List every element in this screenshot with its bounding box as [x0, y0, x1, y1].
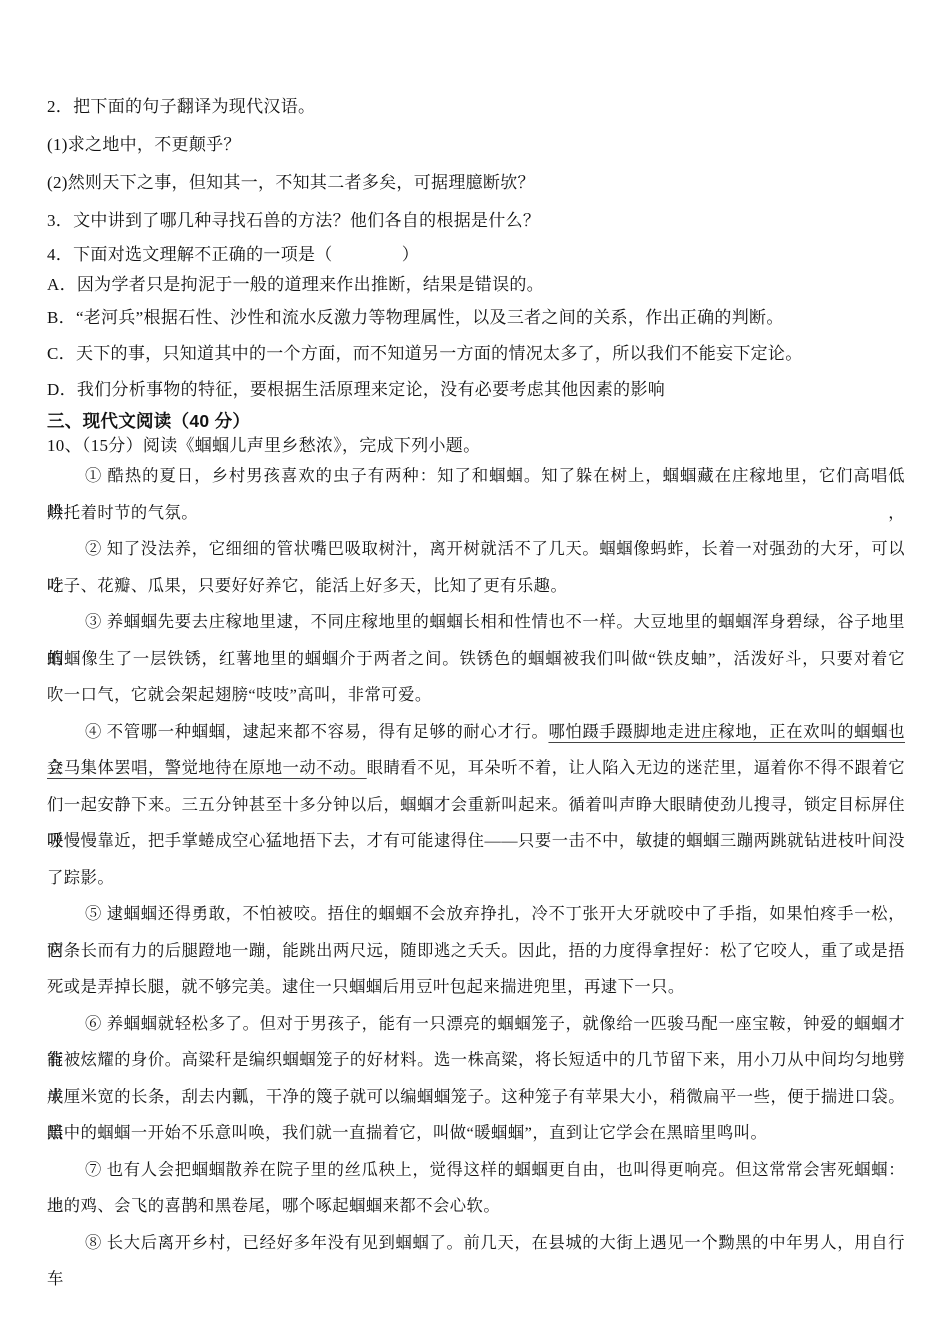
choice-line: C．天下的事，只知道其中的一个方面，而不知道另一方面的情况太多了，所以我们不能妄…	[47, 336, 905, 372]
essay-text: 蝈蝈像生了一层铁锈，红薯地里的蝈蝈介于两者之间。铁锈色的蝈蝈被我们叫做“铁皮蚰”…	[47, 649, 905, 668]
choice-line: B．“老河兵”根据石性、沙性和流水反激力等物理属性，以及三者之间的关系，作出正确…	[47, 300, 905, 336]
essay-text: 叶子、花瓣、瓜果，只要好好养它，能活上好多天，比知了更有乐趣。	[47, 576, 567, 595]
essay-text: 吹一口气，它就会架起翅膀“吱吱”高叫，非常可爱。	[47, 685, 432, 704]
essay-text: 死或是弄掉长腿，就不够完美。逮住一只蝈蝈后用豆叶包起来揣进兜里，再逮下一只。	[47, 977, 685, 996]
essay-text: 烘托着时节的气氛。	[47, 503, 198, 522]
essay-line: ⑤ 逮蝈蝈还得勇敢，不怕被咬。捂住的蝈蝈不会放弃挣扎，冷不丁张开大牙就咬中了手指…	[47, 896, 905, 933]
essay-text: ⑧ 长大后离开乡村，已经好多年没有见到蝈蝈了。前几天，在县城的大街上遇见一个黝黑…	[47, 1233, 905, 1289]
essay-text: 眼睛看不见，耳朵听不着，让人陷入无边的迷茫里，逼着你不得不跟着它	[367, 758, 905, 777]
essay-line: 半厘米宽的长条，刮去内瓤，干净的篾子就可以编蝈蝈笼子。这种笼子有苹果大小，稍微扁…	[47, 1079, 905, 1116]
essay-text: 两条长而有力的后腿蹬地一蹦，能跳出两尺远，随即逃之夭夭。因此，捂的力度得拿捏好：…	[47, 941, 905, 960]
question-line: 2．把下面的句子翻译为现代汉语。	[47, 88, 905, 126]
question-line: (1)求之地中，不更颠乎？	[47, 126, 905, 164]
essay-line: 吹一口气，它就会架起翅膀“吱吱”高叫，非常可爱。	[47, 677, 905, 714]
essay-text: 吸慢慢靠近，把手掌蜷成空心猛地捂下去，才有可能逮得住——只要一击不中，敏捷的蝈蝈…	[47, 831, 905, 850]
essay-line: 死或是弄掉长腿，就不够完美。逮住一只蝈蝈后用豆叶包起来揣进兜里，再逮下一只。	[47, 969, 905, 1006]
choice-line: 4．下面对选文理解不正确的一项是（ ）	[47, 240, 905, 270]
question-10-intro: 10、（15分）阅读《蝈蝈儿声里乡愁浓》，完成下列小题。	[47, 434, 905, 458]
section-heading: 三、现代文阅读（40 分）	[47, 408, 905, 434]
essay-line: ④ 不管哪一种蝈蝈，逮起来都不容易，得有足够的耐心才行。哪怕蹑手蹑脚地走进庄稼地…	[47, 714, 905, 751]
essay-line: ① 酷热的夏日，乡村男孩喜欢的虫子有两种：知了和蝈蝈。知了躲在树上，蝈蝈藏在庄稼…	[47, 458, 905, 495]
essay-line: ⑦ 也有人会把蝈蝈散养在院子里的丝瓜秧上，觉得这样的蝈蝈更自由，也叫得更响亮。但…	[47, 1152, 905, 1189]
essay-line: 上的鸡、会飞的喜鹊和黑卷尾，哪个啄起蝈蝈来都不会心软。	[47, 1188, 905, 1225]
choice-line: D．我们分析事物的特征，要根据生活原理来定论，没有必要考虑其他因素的影响	[47, 372, 905, 408]
essay-line: 蝈蝈像生了一层铁锈，红薯地里的蝈蝈介于两者之间。铁锈色的蝈蝈被我们叫做“铁皮蚰”…	[47, 641, 905, 678]
essay-line: ③ 养蝈蝈先要去庄稼地里逮，不同庄稼地里的蝈蝈长相和性情也不一样。大豆地里的蝈蝈…	[47, 604, 905, 641]
essay-text: 了踪影。	[47, 868, 114, 887]
essay-line: 吸慢慢靠近，把手掌蜷成空心猛地捂下去，才有可能逮得住——只要一击不中，敏捷的蝈蝈…	[47, 823, 905, 860]
question-line: 3．文中讲到了哪几种寻找石兽的方法？他们各自的根据是什么？	[47, 202, 905, 240]
exam-document-page: 2．把下面的句子翻译为现代汉语。(1)求之地中，不更颠乎？(2)然则天下之事，但…	[0, 0, 950, 1344]
multiple-choice-block: 4．下面对选文理解不正确的一项是（ ）A．因为学者只是拘泥于一般的道理来作出推断…	[47, 240, 905, 408]
essay-line: ⑥ 养蝈蝈就轻松多了。但对于男孩子，能有一只漂亮的蝈蝈笼子，就像给一匹骏马配一座…	[47, 1006, 905, 1043]
question-line: (2)然则天下之事，但知其一，不知其二者多矣，可据理臆断欤？	[47, 164, 905, 202]
essay-text: 上的鸡、会飞的喜鹊和黑卷尾，哪个啄起蝈蝈来都不会心软。	[47, 1196, 500, 1215]
underlined-sentence: 立马集体罢唱，警觉地待在原地一动不动。	[47, 758, 367, 777]
essay-line: 了踪影。	[47, 860, 905, 897]
essay-body: ① 酷热的夏日，乡村男孩喜欢的虫子有两种：知了和蝈蝈。知了躲在树上，蝈蝈藏在庄稼…	[47, 458, 905, 1261]
essay-text: 暗中的蝈蝈一开始不乐意叫唤，我们就一直揣着它，叫做“暖蝈蝈”，直到让它学会在黑暗…	[47, 1123, 767, 1142]
essay-line: 有被炫耀的身价。高粱秆是编织蝈蝈笼子的好材料。选一株高粱，将长短适中的几节留下来…	[47, 1042, 905, 1079]
essay-line: ② 知了没法养，它细细的管状嘴巴吸取树汁，离开树就活不了几天。蝈蝈像蚂蚱，长着一…	[47, 531, 905, 568]
essay-line: 们一起安静下来。三五分钟甚至十多分钟以后，蝈蝈才会重新叫起来。循着叫声睁大眼睛使…	[47, 787, 905, 824]
essay-line: 暗中的蝈蝈一开始不乐意叫唤，我们就一直揣着它，叫做“暖蝈蝈”，直到让它学会在黑暗…	[47, 1115, 905, 1152]
translation-questions-block: 2．把下面的句子翻译为现代汉语。(1)求之地中，不更颠乎？(2)然则天下之事，但…	[47, 88, 905, 240]
essay-line: 立马集体罢唱，警觉地待在原地一动不动。眼睛看不见，耳朵听不着，让人陷入无边的迷茫…	[47, 750, 905, 787]
essay-line: 两条长而有力的后腿蹬地一蹦，能跳出两尺远，随即逃之夭夭。因此，捂的力度得拿捏好：…	[47, 933, 905, 970]
essay-line: ⑧ 长大后离开乡村，已经好多年没有见到蝈蝈了。前几天，在县城的大街上遇见一个黝黑…	[47, 1225, 905, 1262]
essay-text: ④ 不管哪一种蝈蝈，逮起来都不容易，得有足够的耐心才行。	[85, 722, 548, 741]
essay-line: 叶子、花瓣、瓜果，只要好好养它，能活上好多天，比知了更有乐趣。	[47, 568, 905, 605]
choice-line: A．因为学者只是拘泥于一般的道理来作出推断，结果是错误的。	[47, 270, 905, 300]
